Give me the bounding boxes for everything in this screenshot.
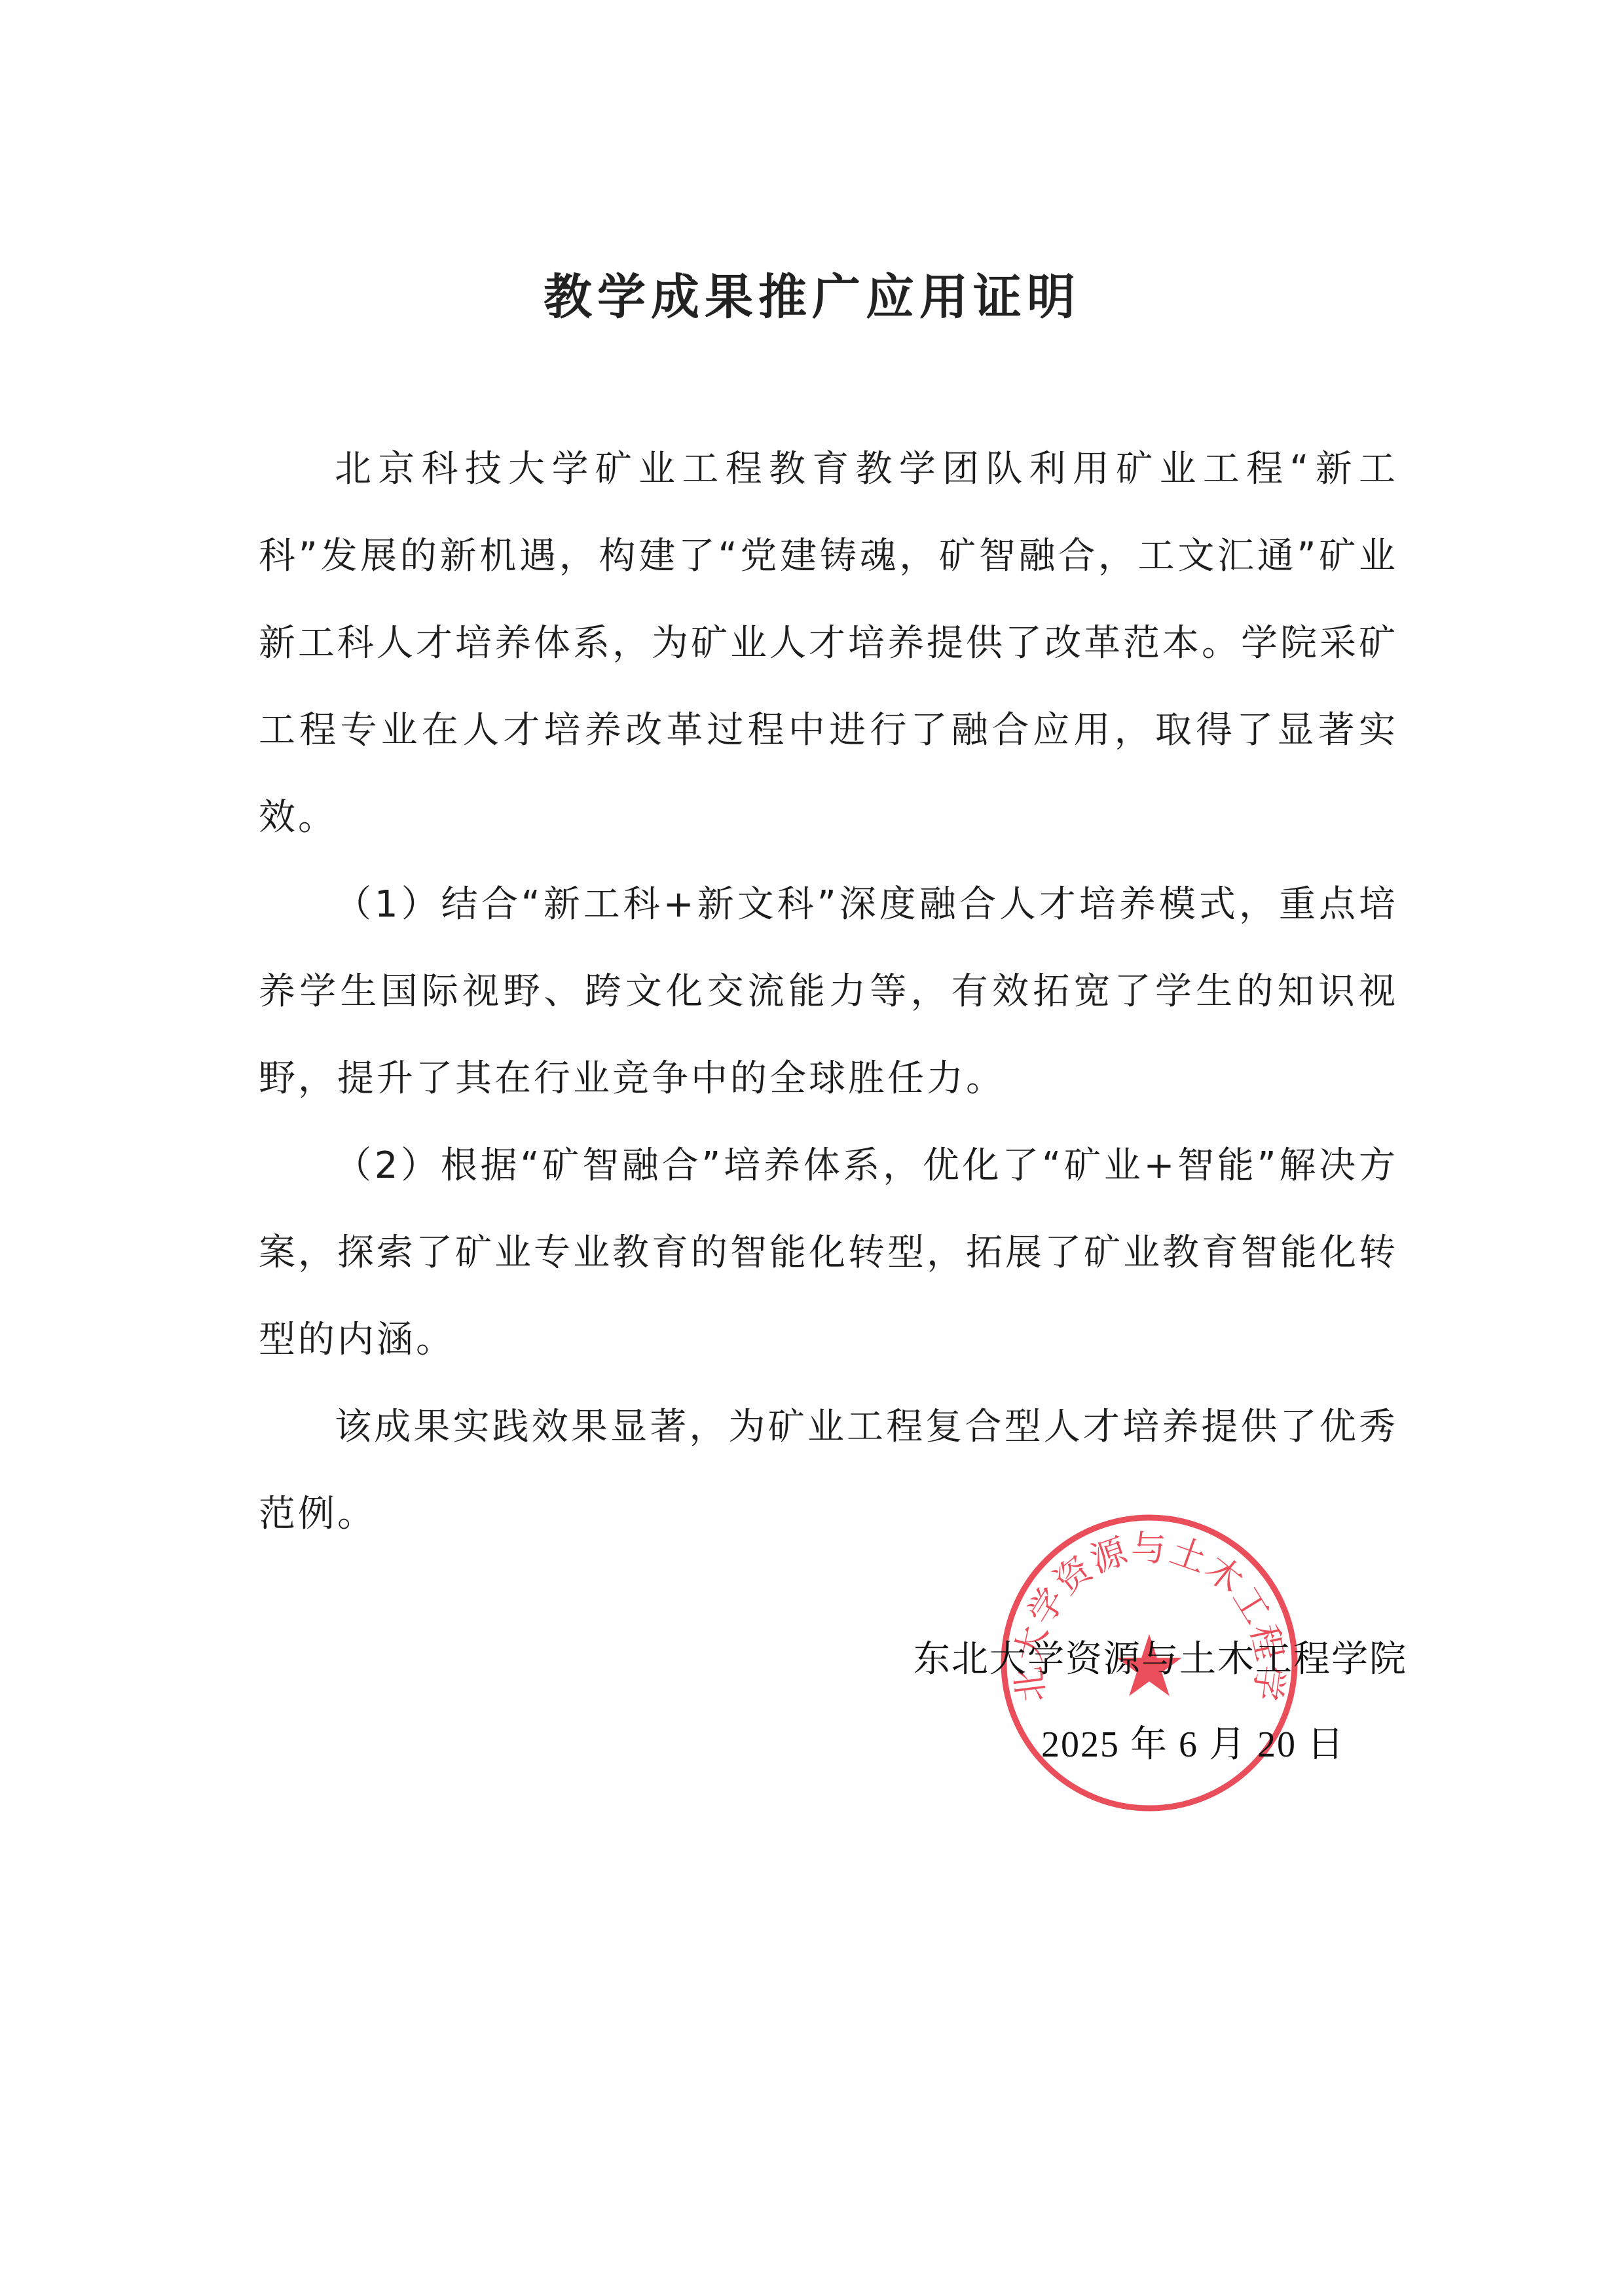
paragraph-point-1: （1）结合“新工科+新文科”深度融合人才培养模式，重点培养学生国际视野、跨文化交… xyxy=(259,861,1398,1122)
document-title: 教学成果推广应用证明 xyxy=(0,259,1624,328)
document-page: 教学成果推广应用证明 北京科技大学矿业工程教育教学团队利用矿业工程“新工科”发展… xyxy=(0,0,1624,2296)
document-body: 北京科技大学矿业工程教育教学团队利用矿业工程“新工科”发展的新机遇，构建了“党建… xyxy=(259,426,1398,1558)
paragraph-point-2: （2）根据“矿智融合”培养体系，优化了“矿业+智能”解决方案，探索了矿业专业教育… xyxy=(259,1122,1398,1383)
signature-organization: 东北大学资源与土木工程学院 xyxy=(913,1630,1407,1683)
signature-date: 2025 年 6 月 20 日 xyxy=(1041,1715,1345,1768)
paragraph-intro: 北京科技大学矿业工程教育教学团队利用矿业工程“新工科”发展的新机遇，构建了“党建… xyxy=(259,426,1398,861)
